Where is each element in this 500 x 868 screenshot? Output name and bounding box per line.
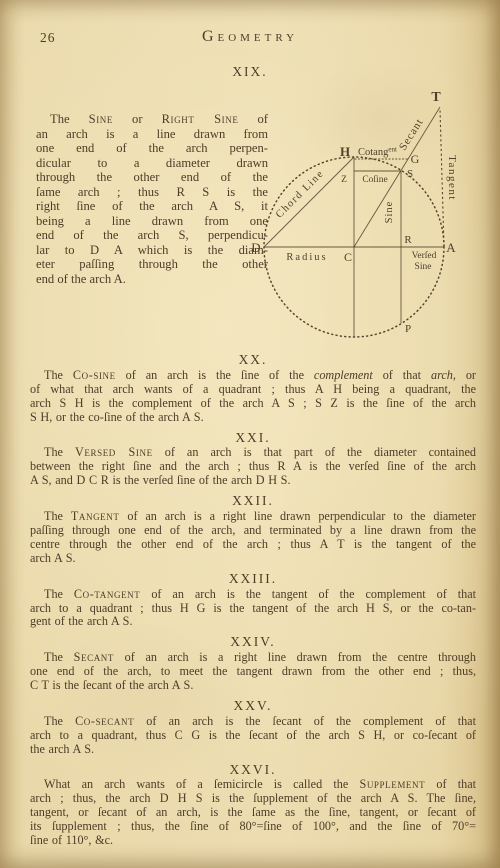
text-line: The Sine or Right Sine of xyxy=(36,112,268,127)
point-label-G: G xyxy=(411,152,420,166)
text-line: What an arch wants of a ſemicircle is ca… xyxy=(30,778,476,792)
section-heading-xxi: XXI. xyxy=(30,431,476,445)
text-line: tangent, or ſecant of an arch, is the ſa… xyxy=(30,806,476,820)
text-line: centre through the other end of the arch… xyxy=(30,538,476,552)
section-xxiv-text: The Secant of an arch is a right line dr… xyxy=(30,651,476,693)
section-heading-xxv: XXV. xyxy=(30,699,476,713)
section-xxv-text: The Co-secant of an arch is the ſecant o… xyxy=(30,715,476,757)
text-line: right ſine of the arch A S, it xyxy=(36,199,268,214)
text-line: arch A S. xyxy=(30,552,476,566)
tangent-line xyxy=(440,109,444,247)
cosine-label: Coſine xyxy=(362,174,387,185)
book-page: 26 Geometry XIX. The Sine or Right Sine … xyxy=(0,0,500,868)
section-heading-xix: XIX. xyxy=(0,64,500,80)
text-line: The Co-tangent of an arch is the tangent… xyxy=(30,588,476,602)
text-line: A S, and D C R is the verſed ſine of the… xyxy=(30,474,476,488)
sine-label: Sine xyxy=(384,201,395,224)
text-line: its ſupplement ; thus, the ſine of 80°=ſ… xyxy=(30,820,476,834)
text-line: arch to a quadrant ; thus H G is the tan… xyxy=(30,602,476,616)
text-line: C T is the ſecant of the arch A S. xyxy=(30,679,476,693)
text-line: of what that arch wants of a quadrant ; … xyxy=(30,383,476,397)
text-line: ſame arch ; thus R S is the xyxy=(36,185,268,200)
point-label-R: R xyxy=(404,234,412,246)
point-label-S: S xyxy=(407,168,413,180)
text-line: dicular to a diameter drawn xyxy=(36,156,268,171)
section-xxiii-text: The Co-tangent of an arch is the tangent… xyxy=(30,588,476,630)
section-heading-xx: XX. xyxy=(30,353,476,367)
text-line: The Versed Sine of an arch is that part … xyxy=(30,446,476,460)
section-heading-xxvi: XXVI. xyxy=(30,763,476,777)
running-title: Geometry xyxy=(0,28,500,46)
point-label-A: A xyxy=(446,240,456,255)
text-line: between the right ſine and the arch ; th… xyxy=(30,460,476,474)
text-line: arch S H is the complement of the arch A… xyxy=(30,397,476,411)
text-line: gent of the arch A S. xyxy=(30,615,476,629)
point-label-D: D xyxy=(251,240,260,255)
cotangent-label: Cotangent xyxy=(358,146,397,159)
point-label-Z: Z xyxy=(341,175,347,185)
chord-line xyxy=(264,157,354,247)
text-line: end of the arch S, perpendicu- xyxy=(36,228,268,243)
page-header: 26 Geometry xyxy=(0,28,500,48)
text-line: one end of the arch perpen- xyxy=(36,141,268,156)
point-label-H: H xyxy=(340,144,350,159)
point-label-T: T xyxy=(431,90,441,105)
section-heading-xxiii: XXIII. xyxy=(30,572,476,586)
text-line: being a line drawn from one xyxy=(36,214,268,229)
versed-sine-label-line1: Verſed xyxy=(412,250,437,261)
text-line: one end of the arch, to meet the tangent… xyxy=(30,665,476,679)
text-line: paſſing through one end of the arch, and… xyxy=(30,524,476,538)
text-line: S H, or the co-ſine of the arch A S. xyxy=(30,411,476,425)
text-line: an arch is a line drawn from xyxy=(36,127,268,142)
tangent-label: Tangent xyxy=(446,155,458,201)
section-heading-xxiv: XXIV. xyxy=(30,635,476,649)
section-xxvi-text: What an arch wants of a ſemicircle is ca… xyxy=(30,778,476,848)
text-line: arch to a quadrant, thus C G is the ſeca… xyxy=(30,729,476,743)
section-xxi-text: The Versed Sine of an arch is that part … xyxy=(30,446,476,488)
versed-sine-label-line2: Sine xyxy=(415,262,432,272)
section-xix-text: The Sine or Right Sine ofan arch is a li… xyxy=(36,112,268,286)
definition-sections: XX. The Co-sine of an arch is the ſine o… xyxy=(30,347,476,848)
section-xx-text: The Co-sine of an arch is the ſine of th… xyxy=(30,369,476,425)
text-line: The Secant of an arch is a right line dr… xyxy=(30,651,476,665)
text-line: The Co-secant of an arch is the ſecant o… xyxy=(30,715,476,729)
text-line: through the other end of the xyxy=(36,170,268,185)
text-line: ſine of 110°, &c. xyxy=(30,834,476,848)
text-line: arch ; thus, the arch D H S is the ſuppl… xyxy=(30,792,476,806)
text-line: lar to D A which is the diam- xyxy=(36,243,268,258)
text-line: the arch A S. xyxy=(30,743,476,757)
section-heading-xxii: XXII. xyxy=(30,494,476,508)
point-label-C: C xyxy=(344,250,352,264)
page-number: 26 xyxy=(40,30,56,46)
text-line: The Co-sine of an arch is the ſine of th… xyxy=(30,369,476,383)
point-label-P: P xyxy=(405,323,411,335)
trigonometry-diagram: T H G S Z D C R A P Secant Cotangent Tan… xyxy=(248,82,480,346)
radius-label: Radius xyxy=(286,252,327,263)
secant-label: Secant xyxy=(397,116,426,152)
text-line: eter paſſing through the other xyxy=(36,257,268,272)
text-line: end of the arch A. xyxy=(36,272,268,287)
section-xxii-text: The Tangent of an arch is a right line d… xyxy=(30,510,476,566)
text-line: The Tangent of an arch is a right line d… xyxy=(30,510,476,524)
